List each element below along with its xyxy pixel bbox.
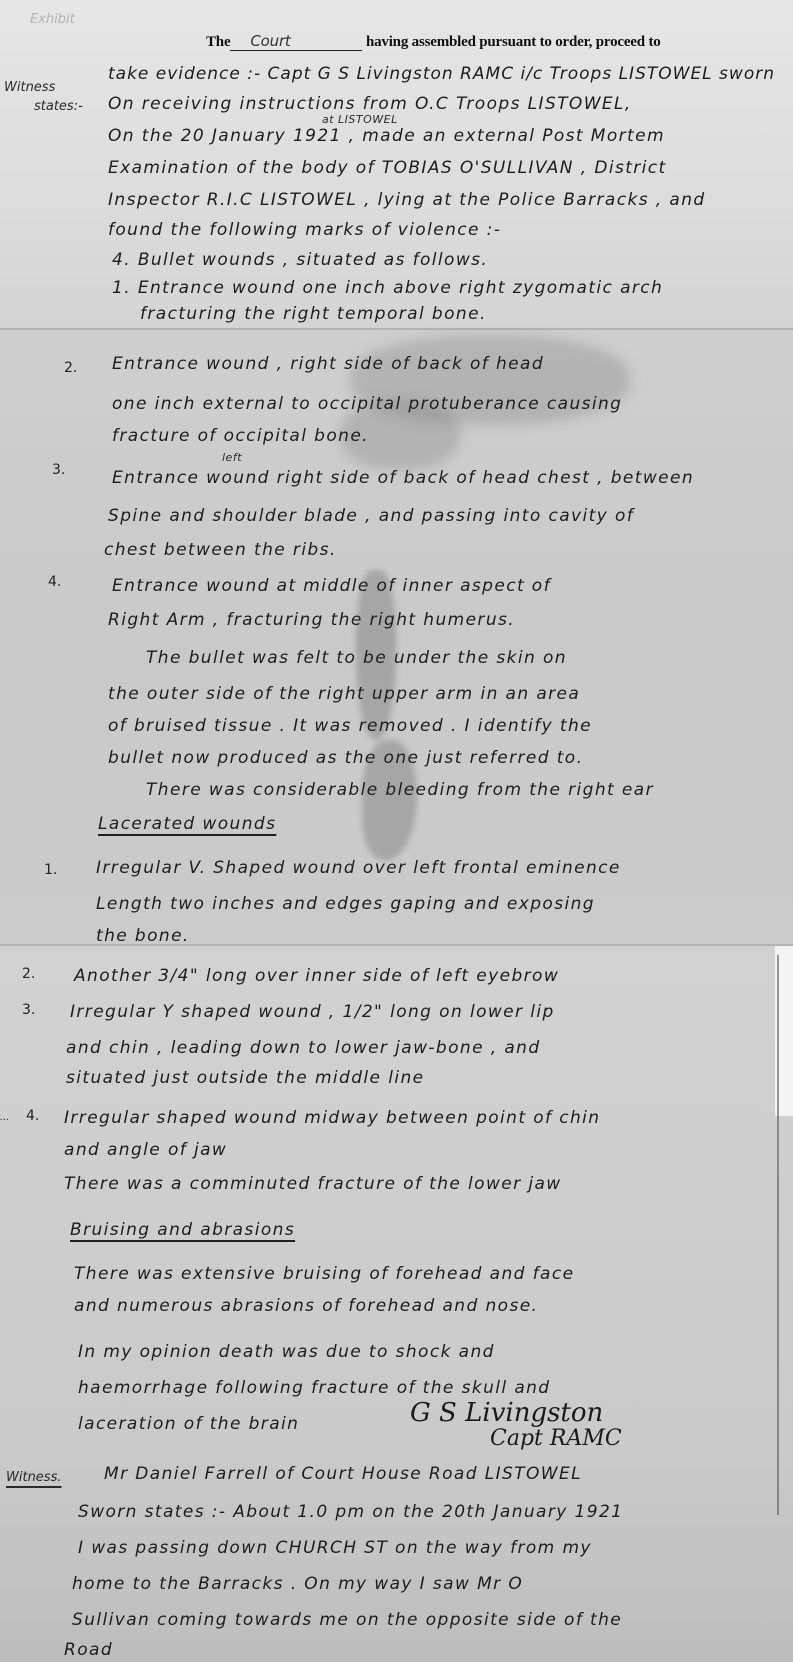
text-line: and angle of jaw xyxy=(64,1142,227,1159)
text-line: Road xyxy=(64,1642,113,1659)
text-line: Length two inches and edges gaping and e… xyxy=(96,896,595,913)
text-line: haemorrhage following fracture of the sk… xyxy=(78,1380,551,1397)
text-line: There was extensive bruising of forehead… xyxy=(74,1266,574,1283)
text-line: Irregular Y shaped wound , 1/2" long on … xyxy=(70,1004,555,1021)
inserted-text: at LISTOWEL xyxy=(322,114,398,125)
item-number: 1. xyxy=(44,862,57,878)
text-line: bullet now produced as the one just refe… xyxy=(108,750,583,767)
item-number: 4. xyxy=(26,1108,39,1124)
text-line: laceration of the brain xyxy=(78,1416,299,1433)
text-line: Spine and shoulder blade , and passing i… xyxy=(108,508,634,525)
printed-header: TheCourt having assembled pursuant to or… xyxy=(206,32,661,51)
scan-edge-line xyxy=(777,955,779,1515)
text-line: Sworn states :- About 1.0 pm on the 20th… xyxy=(78,1504,623,1521)
text-line: found the following marks of violence :- xyxy=(108,222,501,239)
text-line: Sullivan coming towards me on the opposi… xyxy=(72,1612,622,1629)
faint-margin-note: Exhibit xyxy=(30,12,75,27)
text-line: situated just outside the middle line xyxy=(66,1070,425,1087)
section-heading-bruising: Bruising and abrasions xyxy=(70,1222,295,1239)
scan-seam xyxy=(0,328,793,330)
inserted-text: left xyxy=(222,452,242,463)
margin-label-witness-2: Witness. xyxy=(6,1470,61,1485)
text-line: home to the Barracks . On my way I saw M… xyxy=(72,1576,523,1593)
text-line: chest between the ribs. xyxy=(104,542,337,559)
header-suffix: having assembled pursuant to order, proc… xyxy=(366,34,661,50)
text-line: Irregular shaped wound midway between po… xyxy=(64,1110,600,1127)
text-line: Inspector R.I.C LISTOWEL , lying at the … xyxy=(108,192,706,209)
text-line: Right Arm , fracturing the right humerus… xyxy=(108,612,515,629)
text-line: Entrance wound , right side of back of h… xyxy=(112,356,544,373)
margin-label-witness: Witness xyxy=(4,80,55,95)
text-line: Irregular V. Shaped wound over left fron… xyxy=(96,860,621,877)
text-line: 4. Bullet wounds , situated as follows. xyxy=(112,252,488,269)
text-line: The bullet was felt to be under the skin… xyxy=(146,650,567,667)
item-number: 2. xyxy=(64,360,77,376)
text-line: 1. Entrance wound one inch above right z… xyxy=(112,280,663,297)
text-line: I was passing down CHURCH ST on the way … xyxy=(78,1540,592,1557)
text-line: There was considerable bleeding from the… xyxy=(146,782,654,799)
text-line: the bone. xyxy=(96,928,190,945)
item-number: 3. xyxy=(52,462,65,478)
text-line: On the 20 January 1921 , made an externa… xyxy=(108,128,665,145)
text-line: of bruised tissue . It was removed . I i… xyxy=(108,718,592,735)
item-number: 3. xyxy=(22,1002,35,1018)
text-line: one inch external to occipital protubera… xyxy=(112,396,622,413)
item-number: 4. xyxy=(48,574,61,590)
signature-title: Capt RAMC xyxy=(490,1426,622,1451)
header-filled-blank: Court xyxy=(230,32,362,51)
item-number: 2. xyxy=(22,966,35,982)
text-line: the outer side of the right upper arm in… xyxy=(108,686,580,703)
margin-label-states: states:- xyxy=(34,99,83,114)
text-line: fracture of occipital bone. xyxy=(112,428,369,445)
text-line: On receiving instructions from O.C Troop… xyxy=(108,96,632,113)
text-line: There was a comminuted fracture of the l… xyxy=(64,1176,562,1193)
text-line: Mr Daniel Farrell of Court House Road LI… xyxy=(104,1466,582,1483)
text-line: and numerous abrasions of forehead and n… xyxy=(74,1298,538,1315)
scanned-document-page: Exhibit TheCourt having assembled pursua… xyxy=(0,0,793,1662)
text-line: Entrance wound at middle of inner aspect… xyxy=(112,578,551,595)
text-line: Another 3/4" long over inner side of lef… xyxy=(74,968,559,985)
text-line: Examination of the body of TOBIAS O'SULL… xyxy=(108,160,667,177)
signature-name: G S Livingston xyxy=(410,1398,603,1428)
text-line: Entrance wound right side of back of hea… xyxy=(112,470,694,487)
text-line: fracturing the right temporal bone. xyxy=(140,306,487,323)
text-line: In my opinion death was due to shock and xyxy=(78,1344,495,1361)
margin-mark: ... xyxy=(0,1112,10,1123)
header-prefix: The xyxy=(206,34,230,50)
text-line: take evidence :- Capt G S Livingston RAM… xyxy=(108,66,775,83)
text-line: and chin , leading down to lower jaw-bon… xyxy=(66,1040,541,1057)
section-heading-lacerated: Lacerated wounds xyxy=(98,816,276,833)
